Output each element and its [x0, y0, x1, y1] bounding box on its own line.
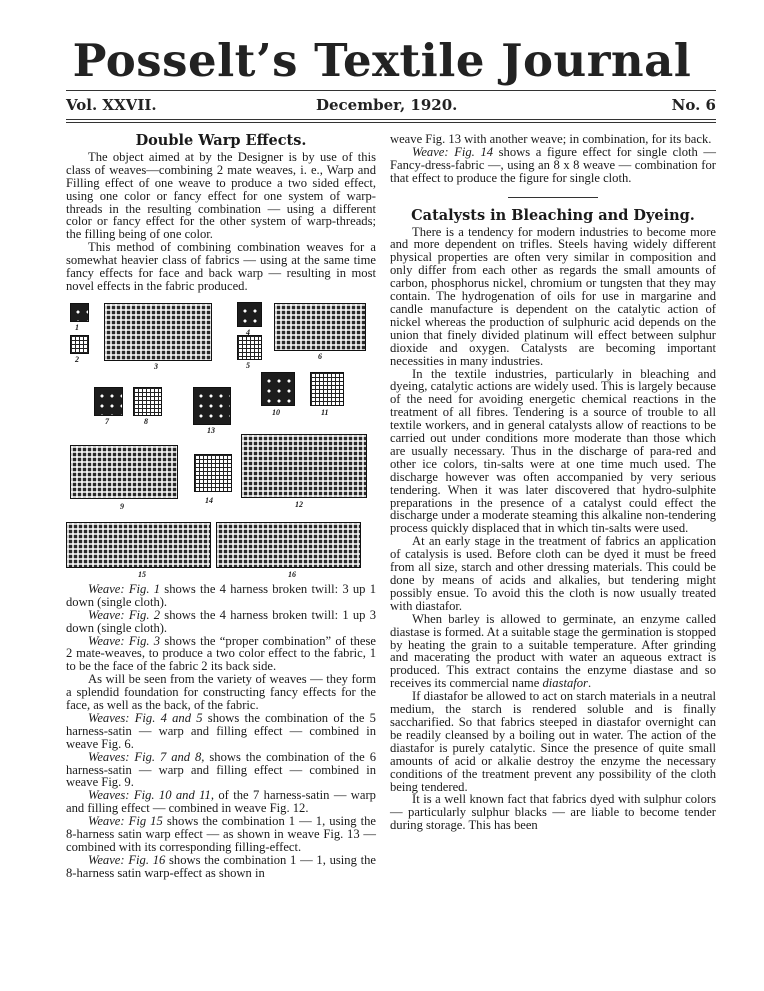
caption: Weaves: Fig. 7 and 8, shows the combinat… — [66, 751, 376, 790]
figure-label: 3 — [154, 361, 158, 374]
weave-figure-7 — [94, 387, 123, 416]
figure-label: 1 — [75, 322, 79, 335]
caption: Weave: Fig. 16 shows the combination 1 —… — [66, 854, 376, 880]
figure-label: 14 — [205, 495, 213, 508]
weave-figure-14 — [194, 454, 232, 492]
figure-label: 7 — [105, 416, 109, 429]
figure-label: 10 — [272, 407, 280, 420]
weave-figure-2 — [70, 335, 89, 354]
weave-figure-5 — [237, 335, 262, 360]
caption: Weave: Fig. 1 shows the 4 harness broken… — [66, 583, 376, 609]
figure-label: 2 — [75, 354, 79, 367]
weave-figure-1 — [70, 303, 89, 322]
weave-figures: 1 2 3 4 5 6 7 8 13 10 11 9 14 12 15 16 — [66, 299, 376, 579]
paragraph: There is a tendency for modern industrie… — [390, 226, 716, 368]
figure-label: 16 — [288, 569, 296, 582]
issue-date: December, 1920. — [316, 96, 457, 114]
masthead-title: Posselt’s Textile Journal — [0, 34, 764, 87]
caption: Weave: Fig. 2 shows the 4 harness broken… — [66, 609, 376, 635]
figure-label: 9 — [120, 501, 124, 514]
section-divider — [508, 197, 598, 198]
figure-label: 12 — [295, 499, 303, 512]
header-rule-bottom — [66, 119, 716, 120]
weave-figure-15 — [66, 522, 211, 568]
weave-figure-8 — [133, 387, 162, 416]
weave-figure-9 — [70, 445, 178, 499]
figure-label: 5 — [246, 360, 250, 373]
weave-figure-11 — [310, 372, 344, 406]
paragraph: If diastafor be allowed to act on starch… — [390, 690, 716, 793]
caption: As will be seen from the variety of weav… — [66, 673, 376, 712]
paragraph: It is a well known fact that fabrics dye… — [390, 793, 716, 832]
issue-line: Vol. XXVII. December, 1920. No. 6 — [66, 96, 716, 116]
paragraph: This method of combining combination wea… — [66, 241, 376, 293]
left-column: Double Warp Effects. The object aimed at… — [66, 133, 376, 880]
volume-label: Vol. XXVII. — [66, 96, 157, 114]
weave-figure-12 — [241, 434, 367, 498]
weave-figure-10 — [261, 372, 295, 406]
caption: Weaves: Fig. 10 and 11, of the 7 harness… — [66, 789, 376, 815]
header-rule-top — [66, 90, 716, 91]
paragraph: When barley is allowed to germinate, an … — [390, 613, 716, 690]
weave-figure-13 — [193, 387, 231, 425]
figure-label: 13 — [207, 425, 215, 438]
header-rule-bottom-2 — [66, 122, 716, 123]
right-column: weave Fig. 13 with another weave; in com… — [390, 133, 716, 832]
figure-label: 8 — [144, 416, 148, 429]
paragraph: In the textile industries, particularly … — [390, 368, 716, 536]
weave-figure-6 — [274, 303, 366, 351]
paragraph: The object aimed at by the Designer is b… — [66, 151, 376, 241]
caption: Weave: Fig. 14 shows a figure effect for… — [390, 146, 716, 185]
article-title-catalysts: Catalysts in Bleaching and Dyeing. — [390, 210, 716, 223]
issue-number: No. 6 — [672, 96, 716, 114]
paragraph: At an early stage in the treatment of fa… — [390, 535, 716, 612]
figure-label: 11 — [321, 407, 329, 420]
weave-figure-4 — [237, 302, 262, 327]
caption: Weaves: Fig. 4 and 5 shows the combinati… — [66, 712, 376, 751]
weave-figure-16 — [216, 522, 361, 568]
weave-figure-3 — [104, 303, 212, 361]
figure-label: 15 — [138, 569, 146, 582]
article-title-double-warp: Double Warp Effects. — [66, 135, 376, 148]
caption: Weave: Fig 15 shows the combination 1 — … — [66, 815, 376, 854]
figure-label: 6 — [318, 351, 322, 364]
caption: Weave: Fig. 3 shows the “proper combinat… — [66, 635, 376, 674]
